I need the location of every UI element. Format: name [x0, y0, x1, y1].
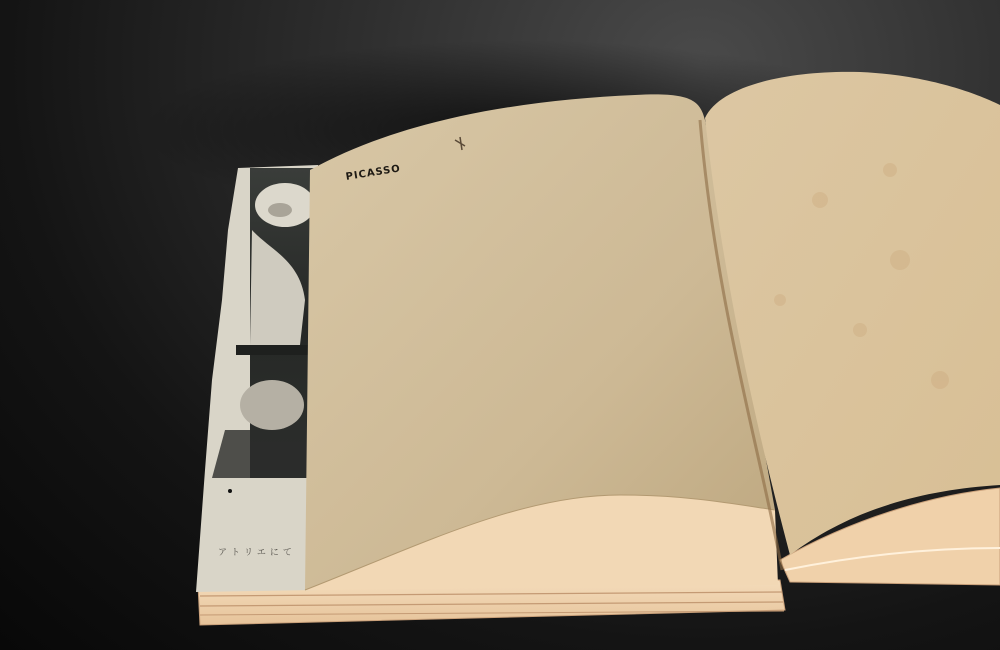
plate-caption: アトリエにて [218, 545, 296, 558]
photo-scene: PICASSO アトリエにて Open antique book with ag… [0, 0, 1000, 650]
open-book [0, 0, 1000, 650]
